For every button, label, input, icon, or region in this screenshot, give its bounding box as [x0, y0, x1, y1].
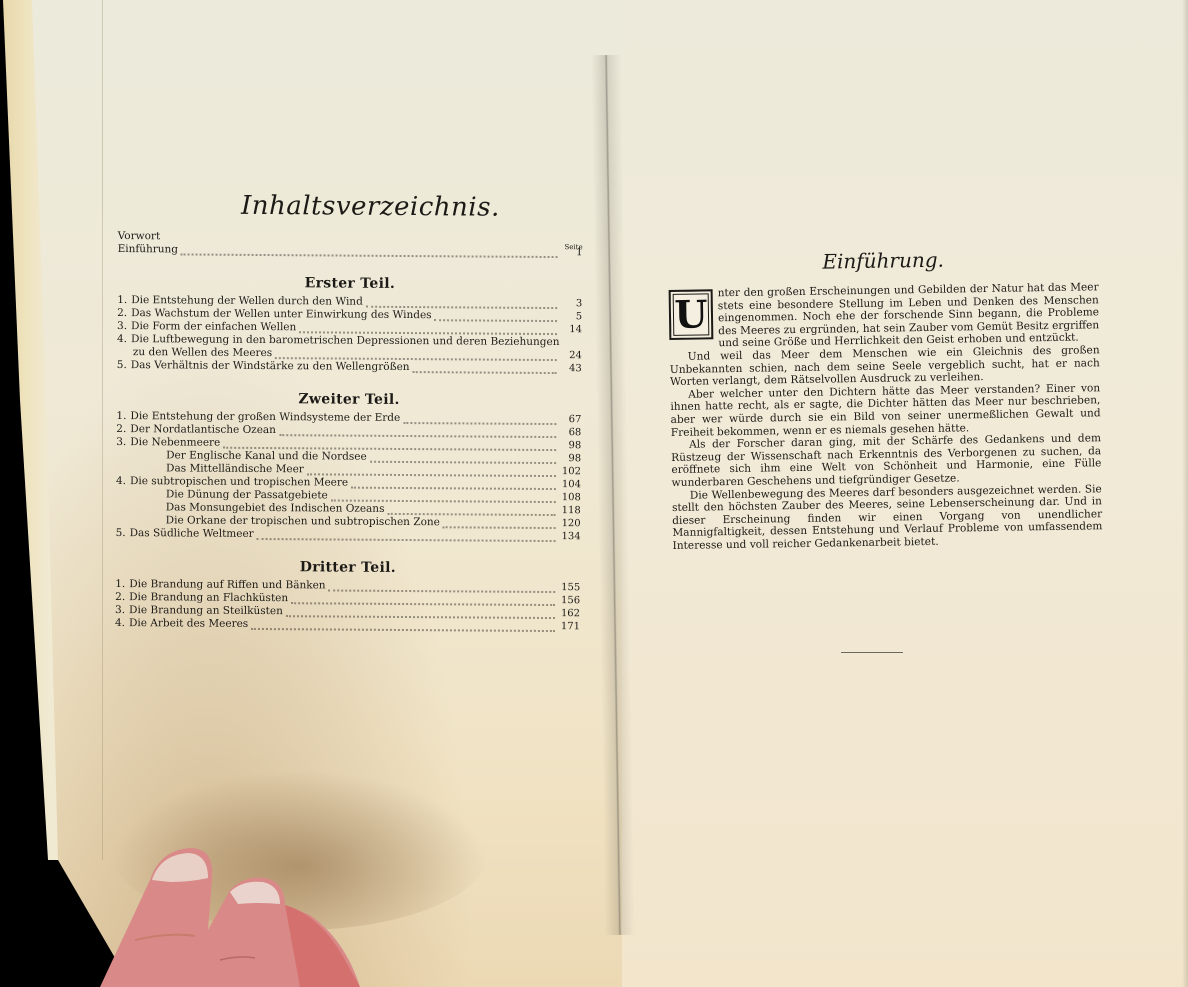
page-number: 162: [558, 607, 580, 620]
page-number: 118: [559, 504, 581, 517]
entry-label: Der Nordatlantische Ozean: [130, 423, 276, 437]
section-title: Zweiter Teil.: [116, 390, 581, 409]
page-number: 108: [559, 491, 581, 504]
leader-dots: [286, 609, 555, 619]
section-title: Erster Teil.: [117, 274, 582, 293]
page-number: 134: [559, 530, 581, 543]
page-number: 3: [560, 297, 582, 310]
entry-label: Die Form der einfachen Wellen: [131, 320, 296, 334]
page-number: 104: [559, 478, 581, 491]
leader-dots: [307, 467, 556, 477]
entry-label: Die subtropischen und tropischen Meere: [130, 475, 348, 490]
page-number: 171: [558, 620, 580, 633]
intro-paragraph: Die Wellenbewegung des Meeres darf beson…: [672, 483, 1103, 553]
entry-number: 3.: [115, 604, 129, 617]
leader-dots: [366, 299, 557, 308]
page-number: 102: [559, 465, 581, 478]
leader-dots: [299, 325, 557, 335]
leader-dots: [435, 313, 558, 322]
entry-number: 3.: [117, 320, 131, 333]
leader-dots: [387, 506, 555, 515]
ornamental-initial-u: U: [669, 289, 714, 340]
page-number: 43: [560, 362, 582, 375]
leader-dots: [291, 596, 555, 606]
entry-number: 1.: [115, 578, 129, 591]
leader-dots: [443, 520, 556, 529]
page-number: 156: [558, 594, 580, 607]
entry-label: Das Südliche Weltmeer: [130, 527, 254, 541]
entry-number: 1.: [116, 410, 130, 423]
introduction: Einführung. Unter den großen Erscheinung…: [668, 245, 1103, 552]
leader-dots: [331, 493, 556, 503]
entry-number: 5.: [117, 359, 131, 372]
table-of-contents: Inhaltsverzeichnis. Seite Vorwort Einfüh…: [115, 190, 583, 633]
entry-number: 2.: [115, 591, 129, 604]
entry-label: Die Brandung an Flachküsten: [129, 591, 288, 605]
leader-dots: [257, 531, 556, 541]
book-photo: Inhaltsverzeichnis. Seite Vorwort Einfüh…: [0, 0, 1188, 987]
leader-dots: [279, 428, 556, 438]
intro-paragraph: Unter den großen Erscheinungen und Gebil…: [669, 281, 1100, 351]
fingers-holding-page: [80, 820, 400, 987]
entry-label: Das Mittelländische Meer: [166, 462, 304, 476]
entry-number: 4.: [116, 475, 130, 488]
page-number: 120: [559, 517, 581, 530]
entry-number: 5.: [116, 527, 130, 540]
leader-dots: [351, 480, 556, 489]
leader-dots: [223, 440, 556, 450]
entry-label: Die Brandung an Steilküsten: [129, 604, 283, 618]
entry-number: 2.: [117, 307, 131, 320]
page-number: 98: [559, 452, 581, 465]
toc-entry: 5.Das Verhältnis der Windstärke zu den W…: [117, 359, 582, 375]
seite-label: Seite: [564, 243, 582, 251]
section-title: Dritter Teil.: [115, 558, 580, 577]
toc-sections: Erster Teil.1.Die Entstehung der Wellen …: [115, 274, 582, 633]
leader-dots: [370, 454, 557, 463]
page-number: 98: [559, 439, 581, 452]
entry-number: 1.: [117, 294, 131, 307]
leader-dots: [275, 351, 557, 361]
toc-entry: 5.Das Südliche Weltmeer134: [116, 527, 581, 543]
leader-dots: [413, 365, 557, 374]
entry-number: 3.: [116, 436, 130, 449]
page-number: 24: [560, 349, 582, 362]
page-number: 68: [559, 426, 581, 439]
page-number: 14: [560, 323, 582, 336]
page-number: 5: [560, 310, 582, 323]
entry-label: Die Dünung der Passatgebiete: [166, 488, 328, 502]
entry-label: zu den Wellen des Meeres: [133, 346, 272, 360]
toc-title: Inhaltsverzeichnis.: [158, 190, 583, 223]
intro-paragraph: Aber welcher unter den Dichtern hätte da…: [670, 382, 1101, 439]
front-matter: Vorwort Einführung 1: [118, 230, 583, 259]
entry-label: Die Arbeit des Meeres: [129, 617, 248, 631]
leader-dots: [251, 621, 555, 631]
page-number: 155: [558, 581, 580, 594]
intro-paragraph: Als der Forscher daran ging, mit der Sch…: [671, 432, 1102, 489]
toc-entry-einfuehrung: Einführung 1: [118, 243, 583, 259]
entry-number: 2.: [116, 423, 130, 436]
end-rule: [841, 652, 903, 653]
leader-dots: [403, 415, 556, 424]
leader-dots: [329, 583, 556, 593]
entry-number: 4.: [115, 617, 129, 630]
page-number: 67: [559, 413, 581, 426]
entry-label: Die Nebenmeere: [130, 436, 220, 450]
entry-number: 4.: [117, 333, 131, 346]
leader-dots: [181, 247, 558, 258]
entry-label: Das Verhältnis der Windstärke zu den Wel…: [131, 359, 410, 374]
